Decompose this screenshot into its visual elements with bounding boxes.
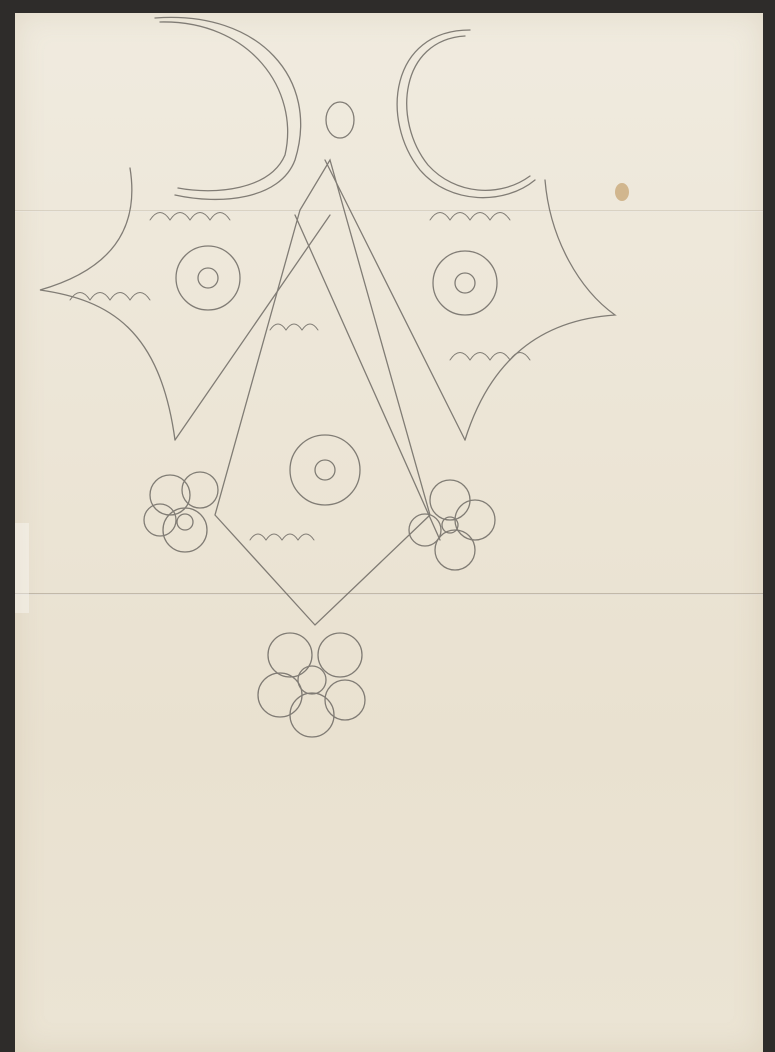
left-crescent-outer xyxy=(155,17,301,199)
top-loop xyxy=(326,102,354,138)
right-rosette xyxy=(433,251,497,315)
center-rosette xyxy=(290,435,360,505)
scallop-decoration xyxy=(70,213,530,541)
right-flower xyxy=(409,480,495,570)
left-flower xyxy=(144,472,218,552)
left-wing xyxy=(40,168,175,440)
center-diamond xyxy=(215,160,430,625)
right-wing xyxy=(465,180,615,440)
ornament-sketch xyxy=(0,0,775,1052)
left-rosette xyxy=(176,246,240,310)
bottom-flower xyxy=(258,633,365,737)
